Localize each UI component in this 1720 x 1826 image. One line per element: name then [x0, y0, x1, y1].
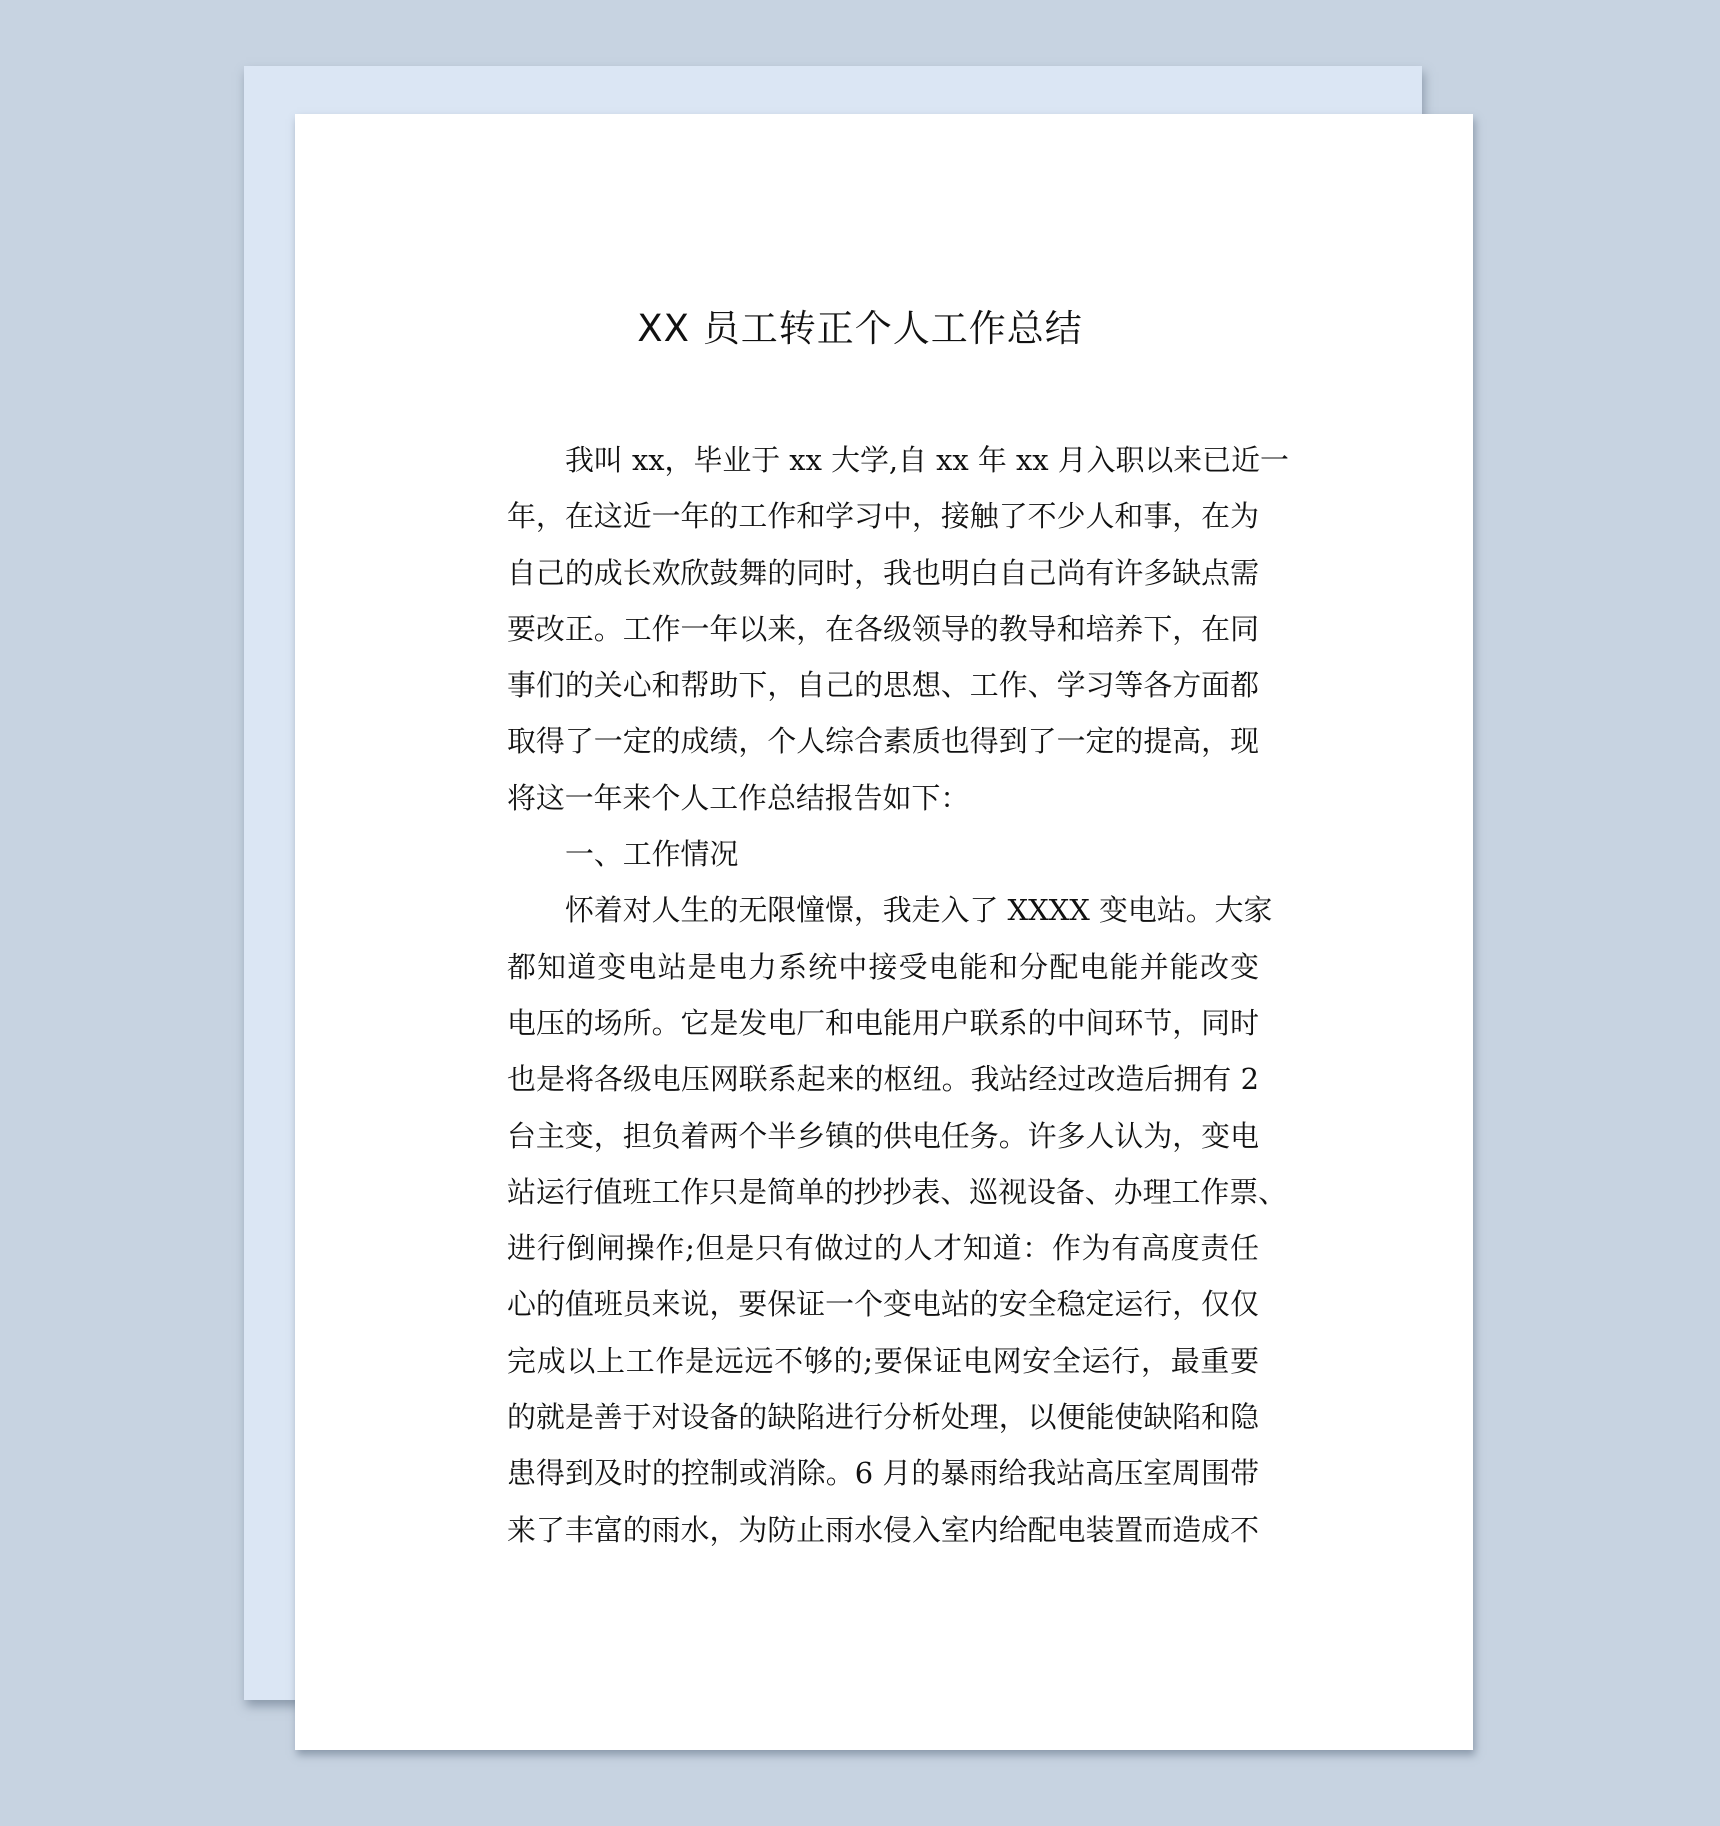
body-line: 电压的场所。它是发电厂和电能用户联系的中间环节，同时: [507, 995, 1259, 1051]
body-line: 要改正。工作一年以来，在各级领导的教导和培养下，在同: [507, 601, 1259, 657]
body-line: 取得了一定的成绩，个人综合素质也得到了一定的提高，现: [507, 713, 1259, 769]
body-line: 年，在这近一年的工作和学习中，接触了不少人和事，在为: [507, 488, 1259, 544]
body-line: 来了丰富的雨水，为防止雨水侵入室内给配电装置而造成不: [507, 1502, 1259, 1558]
body-line: 的就是善于对设备的缺陷进行分析处理，以便能使缺陷和隐: [507, 1389, 1259, 1445]
body-line: 自己的成长欢欣鼓舞的同时，我也明白自己尚有许多缺点需: [507, 545, 1259, 601]
document-body: 我叫 xx，毕业于 xx 大学,自 xx 年 xx 月入职以来已近一 年，在这近…: [507, 432, 1259, 1558]
document-title: XX 员工转正个人工作总结: [0, 304, 1720, 354]
body-line: 将这一年来个人工作总结报告如下：: [507, 770, 1259, 826]
body-line: 我叫 xx，毕业于 xx 大学,自 xx 年 xx 月入职以来已近一: [507, 432, 1259, 488]
body-line: 心的值班员来说，要保证一个变电站的安全稳定运行，仅仅: [507, 1276, 1259, 1332]
section-heading: 一、工作情况: [507, 826, 1259, 882]
body-line: 进行倒闸操作;但是只有做过的人才知道：作为有高度责任: [507, 1220, 1259, 1276]
body-line: 都知道变电站是电力系统中接受电能和分配电能并能改变: [507, 939, 1259, 995]
body-line: 患得到及时的控制或消除。6 月的暴雨给我站高压室周围带: [507, 1445, 1259, 1501]
body-line: 台主变，担负着两个半乡镇的供电任务。许多人认为，变电: [507, 1108, 1259, 1164]
body-line: 怀着对人生的无限憧憬，我走入了 XXXX 变电站。大家: [507, 882, 1259, 938]
body-line: 站运行值班工作只是简单的抄抄表、巡视设备、办理工作票、: [507, 1164, 1259, 1220]
body-line: 也是将各级电压网联系起来的枢纽。我站经过改造后拥有 2: [507, 1051, 1259, 1107]
body-line: 事们的关心和帮助下，自己的思想、工作、学习等各方面都: [507, 657, 1259, 713]
body-line: 完成以上工作是远远不够的;要保证电网安全运行，最重要: [507, 1333, 1259, 1389]
